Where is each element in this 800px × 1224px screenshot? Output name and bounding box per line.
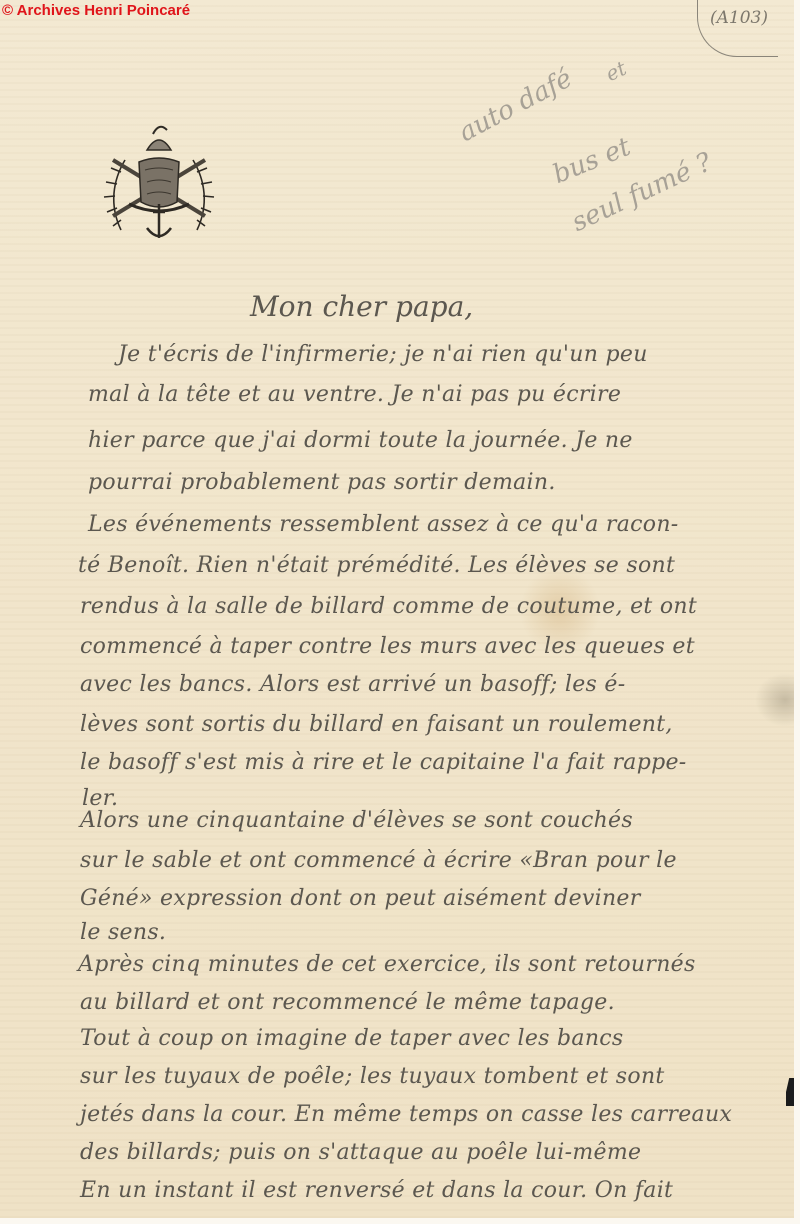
scan-margin-right bbox=[794, 0, 800, 1224]
letter-salutation: Mon cher papa, bbox=[250, 290, 473, 323]
letter-line: Géné» expression dont on peut aisément d… bbox=[80, 886, 641, 911]
letter-line: jetés dans la cour. En même temps on cas… bbox=[80, 1102, 732, 1127]
letter-line: té Benoît. Rien n'était prémédité. Les é… bbox=[78, 553, 675, 578]
letter-line: Tout à coup on imagine de taper avec les… bbox=[80, 1026, 624, 1051]
letter-line: Alors une cinquantaine d'élèves se sont … bbox=[80, 808, 633, 833]
letter-line: mal à la tête et au ventre. Je n'ai pas … bbox=[88, 382, 621, 407]
letter-line: au billard et ont recommencé le même tap… bbox=[80, 990, 615, 1015]
letter-line: pourrai probablement pas sortir demain. bbox=[88, 470, 556, 495]
copyright-notice: © Archives Henri Poincaré bbox=[2, 2, 190, 19]
letter-line: sur les tuyaux de poêle; les tuyaux tomb… bbox=[80, 1064, 665, 1089]
letter-line: avec les bancs. Alors est arrivé un baso… bbox=[80, 672, 625, 697]
letter-line: des billards; puis on s'attaque au poêle… bbox=[80, 1140, 641, 1165]
archive-reference: (A103) bbox=[710, 8, 768, 28]
letter-line: hier parce que j'ai dormi toute la journ… bbox=[88, 428, 633, 453]
letter-line: Je t'écris de l'infirmerie; je n'ai rien… bbox=[118, 342, 648, 367]
letter-line: Après cinq minutes de cet exercice, ils … bbox=[78, 952, 696, 977]
scan-margin-bottom bbox=[0, 1218, 800, 1224]
letter-line: Les événements ressemblent assez à ce qu… bbox=[88, 512, 679, 537]
letter-line: commencé à taper contre les murs avec le… bbox=[80, 634, 695, 659]
letter-line: En un instant il est renversé et dans la… bbox=[80, 1178, 673, 1203]
letter-line: lèves sont sortis du billard en faisant … bbox=[80, 712, 673, 737]
letter-line: le sens. bbox=[80, 920, 166, 945]
letter-line: rendus à la salle de billard comme de co… bbox=[80, 594, 697, 619]
crest-emblem-icon bbox=[95, 120, 223, 246]
letter-line: sur le sable et ont commencé à écrire «B… bbox=[80, 848, 677, 873]
letter-line: le basoff s'est mis à rire et le capitai… bbox=[80, 750, 687, 775]
